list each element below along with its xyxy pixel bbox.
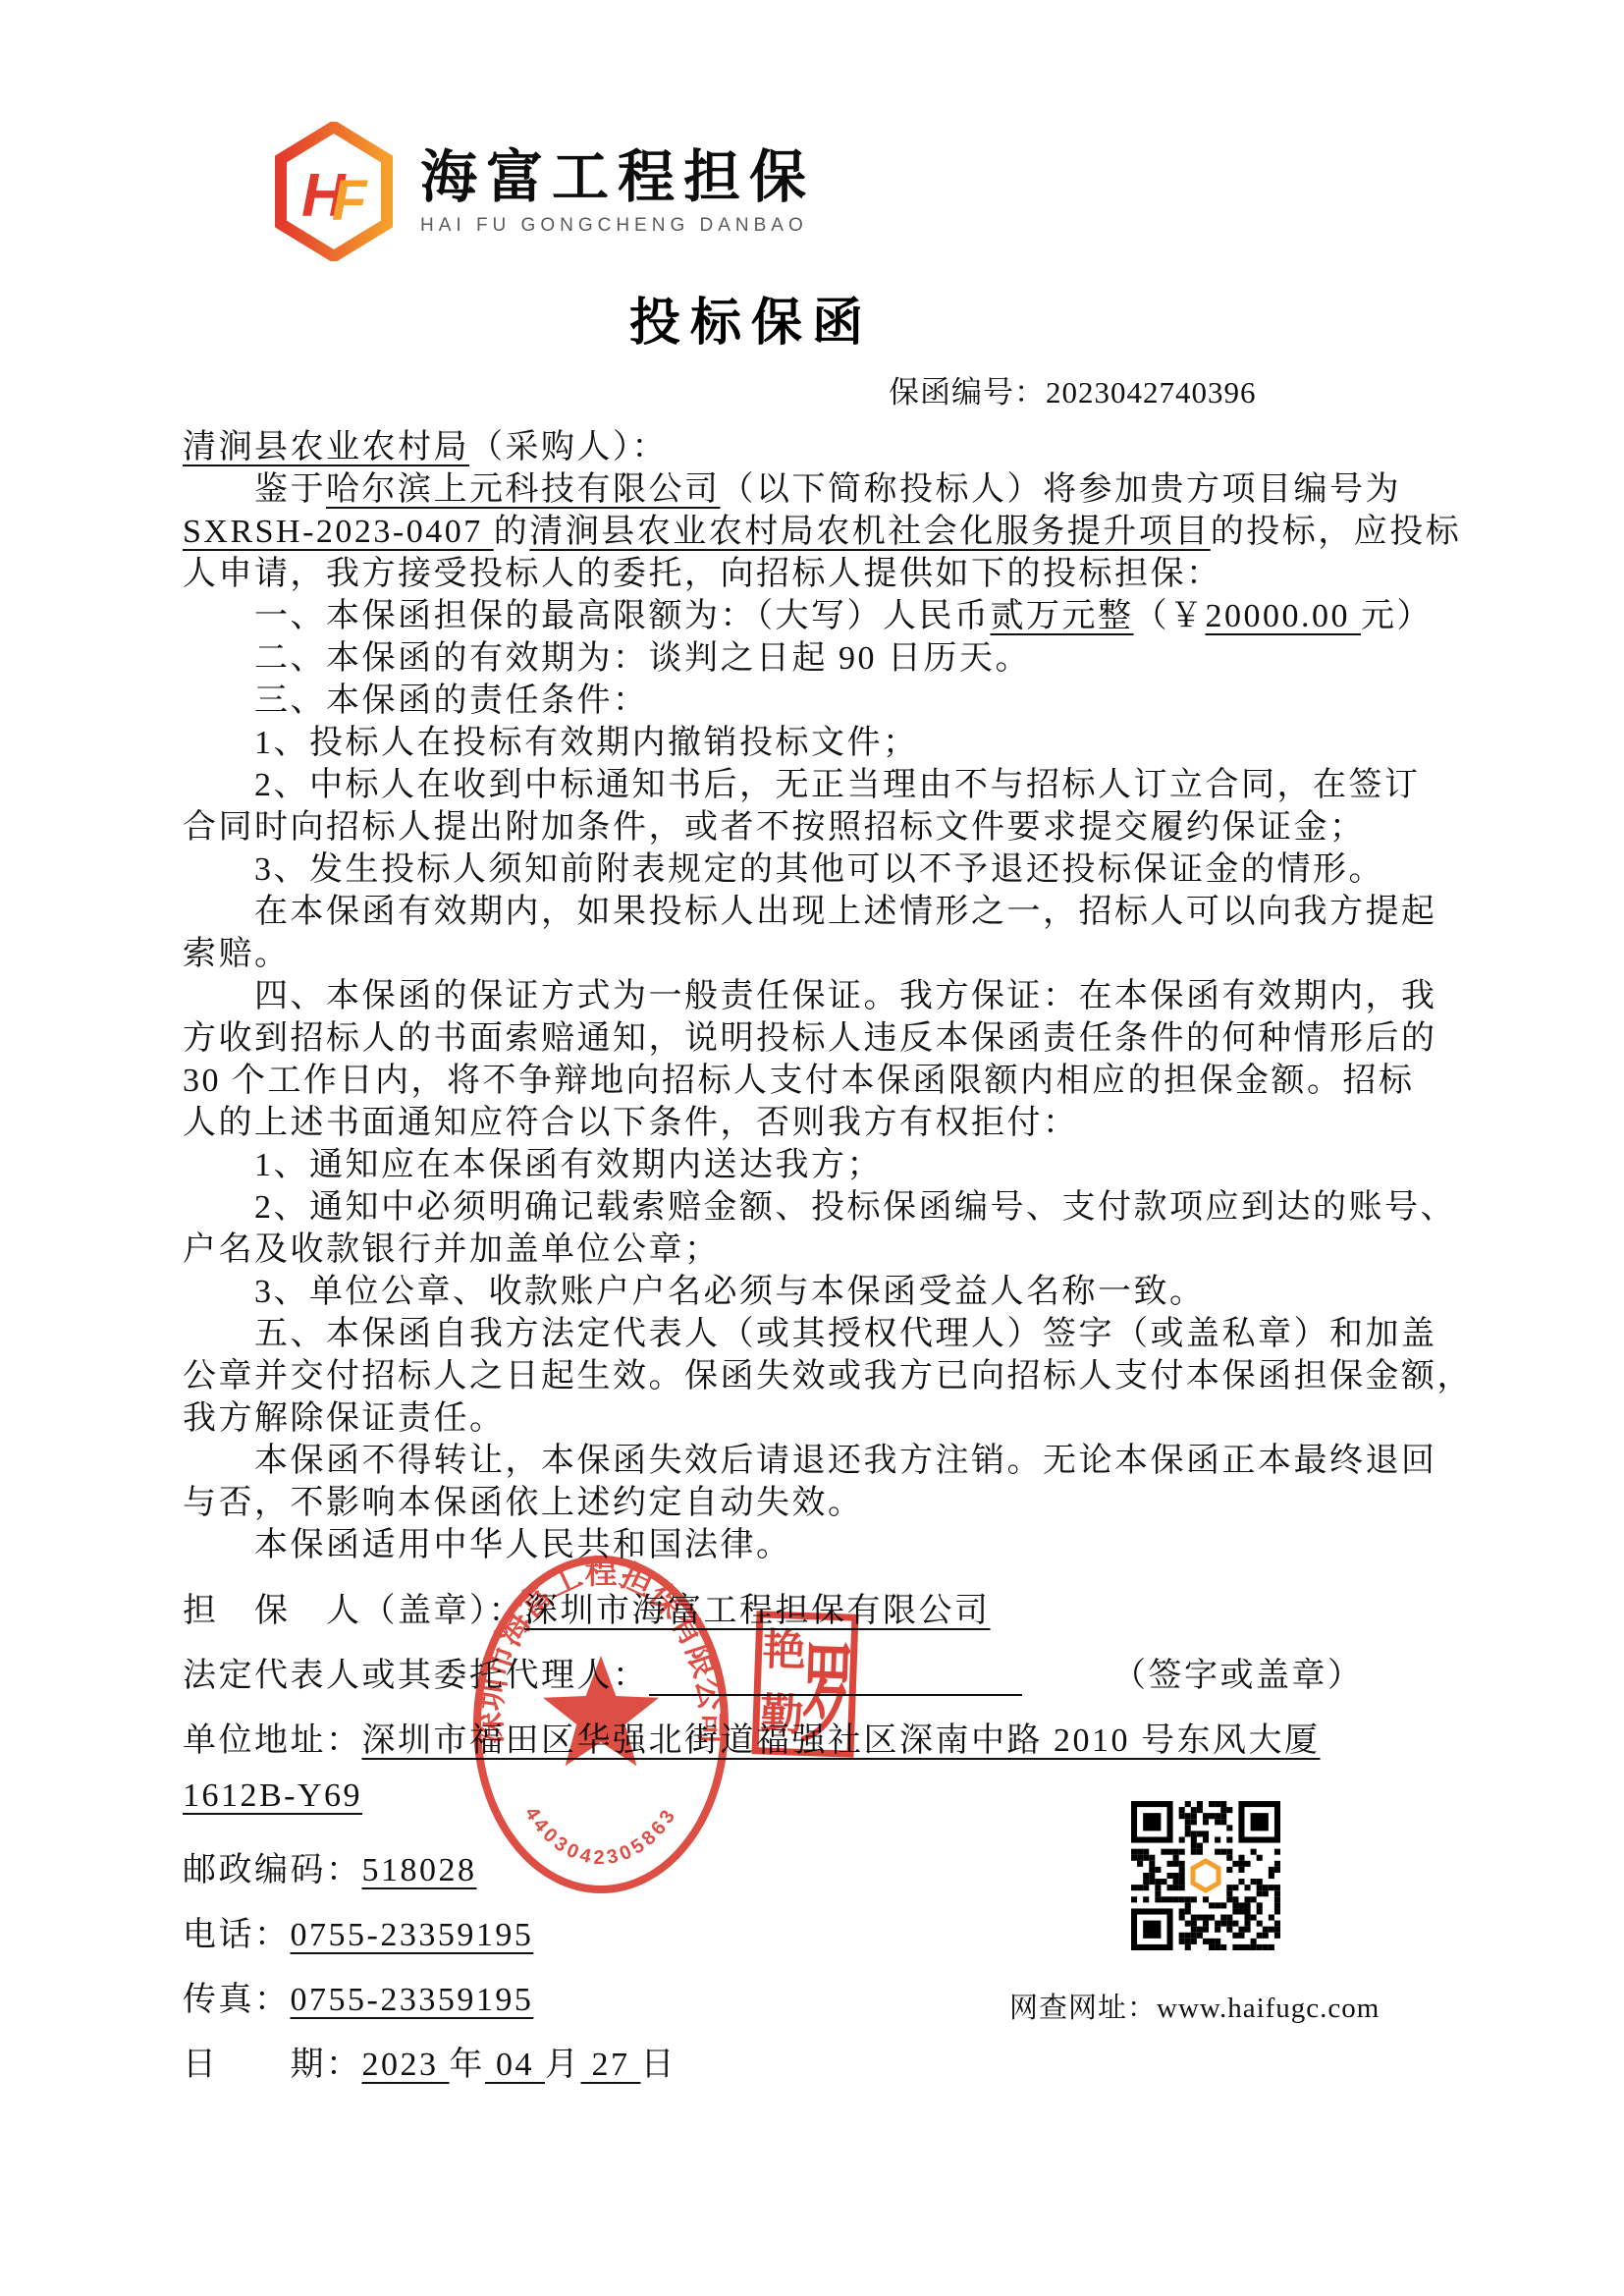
document-line: 3、发生投标人须知前附表规定的其他可以不予退还投标保证金的情形。	[183, 848, 1479, 891]
document-line: 合同时向招标人提出附加条件，或者不按照招标文件要求提交履约保证金；	[183, 806, 1479, 848]
document-line: 在本保函有效期内，如果投标人出现上述情形之一，招标人可以向我方提起	[183, 891, 1479, 933]
logo-text: 海富工程担保 HAI FU GONGCHENG DANBAO	[420, 146, 815, 238]
name-seal-char: 罗	[800, 1611, 854, 1758]
document-line: 3、单位公章、收款账户户名必须与本保函受益人名称一致。	[183, 1271, 1479, 1313]
footer-field-line: 邮政编码：518028	[183, 1842, 1489, 1885]
document-line: 本保函不得转让，本保函失效后请退还我方注销。无论本保函正本最终退回	[183, 1440, 1479, 1482]
document-page: H F 海富工程担保 HAI FU GONGCHENG DANBAO 投标保函 …	[0, 0, 1624, 2296]
document-line: 清涧县农业农村局（采购人）：	[183, 426, 1479, 468]
document-line: 2、通知中必须明确记载索赔金额、投标保函编号、支付款项应到达的账号、	[183, 1186, 1479, 1229]
footer-field-line: 电话：0755-23359195	[183, 1907, 1489, 1949]
document-line: 四、本保函的保证方式为一般责任保证。我方保证：在本保函有效期内，我	[183, 975, 1479, 1017]
logo-hf-hexagon-icon: H F	[275, 122, 393, 261]
document-line: 我方解除保证责任。	[183, 1397, 1479, 1440]
document-title: 投标保函	[0, 281, 1502, 355]
document-line: SXRSH-2023-0407 的清涧县农业农村局农机社会化服务提升项目的投标，…	[183, 511, 1479, 553]
document-line: 人申请，我方接受投标人的委托，向招标人提供如下的投标担保：	[183, 553, 1479, 595]
svg-text:F: F	[332, 169, 368, 233]
company-name: 海富工程担保	[420, 146, 815, 209]
qr-code	[1131, 1801, 1280, 1950]
footer-field-line: 1612B-Y69	[183, 1777, 1489, 1820]
document-line: 鉴于哈尔滨上元科技有限公司（以下简称投标人）将参加贵方项目编号为	[183, 468, 1479, 511]
document-line: 方收到招标人的书面索赔通知，说明投标人违反本保函责任条件的何种情形后的	[183, 1017, 1479, 1060]
guarantee-number-value: 2023042740396	[1046, 375, 1257, 410]
document-line: 二、本保函的有效期为：谈判之日起 90 日历天。	[183, 637, 1479, 680]
guarantee-number-label: 保函编号：	[889, 375, 1046, 410]
document-line: 三、本保函的责任条件：	[183, 680, 1479, 722]
qr-caption: 网查网址：www.haifugc.com	[1009, 1986, 1380, 2026]
document-line: 索赔。	[183, 933, 1479, 975]
guarantee-number-line: 保函编号：2023042740396	[889, 367, 1257, 411]
document-body: 清涧县农业农村局（采购人）： 鉴于哈尔滨上元科技有限公司（以下简称投标人）将参加…	[183, 426, 1479, 1566]
document-line: 与否，不影响本保函依上述约定自动失效。	[183, 1482, 1479, 1524]
document-line: 人的上述书面通知应符合以下条件，否则我方有权拒付：	[183, 1102, 1479, 1144]
document-line: 1、通知应在本保函有效期内送达我方；	[183, 1144, 1479, 1186]
document-line: 一、本保函担保的最高限额为：（大写）人民币贰万元整（￥20000.00 元）	[183, 595, 1479, 637]
document-line: 2、中标人在收到中标通知书后，无正当理由不与招标人订立合同，在签订	[183, 764, 1479, 806]
document-line: 户名及收款银行并加盖单位公章；	[183, 1229, 1479, 1271]
document-line: 五、本保函自我方法定代表人（或其授权代理人）签字（或盖私章）和加盖	[183, 1313, 1479, 1355]
document-line: 30 个工作日内，将不争辩地向招标人支付本保函限额内相应的担保金额。招标	[183, 1060, 1479, 1102]
personal-name-seal: 艳 勤 罗	[751, 1611, 858, 1758]
company-logo: H F 海富工程担保 HAI FU GONGCHENG DANBAO	[275, 122, 815, 261]
footer-field-line: 日 期：2023 年 04 月 27 日	[183, 2037, 1489, 2079]
company-name-pinyin: HAI FU GONGCHENG DANBAO	[420, 215, 815, 237]
document-line: 公章并交付招标人之日起生效。保函失效或我方已向招标人支付本保函担保金额，	[183, 1355, 1479, 1397]
name-seal-char: 艳	[762, 1628, 807, 1673]
name-seal-char: 勤	[760, 1693, 805, 1738]
document-line: 1、投标人在投标有效期内撤销投标文件；	[183, 722, 1479, 764]
document-line: 本保函适用中华人民共和国法律。	[183, 1524, 1479, 1566]
